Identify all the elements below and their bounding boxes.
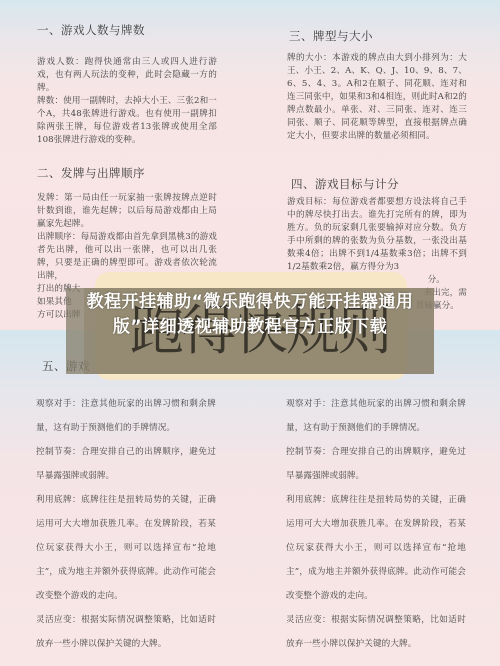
banner-title[interactable]: 教程开挂辅助“微乐跑得快万能开挂器通用版”详细透视辅助教程官方正版下载 (66, 290, 434, 340)
section-card-rank-body: 牌的大小：本游戏的牌点由大到小排列为：大王、小王、2、A、K、Q、J、10、9、… (287, 52, 467, 143)
section-heading: 二、发牌与出牌顺序 (37, 165, 217, 181)
paragraph: 利用底牌：底牌往往是扭转局势的关键，正确运用可大大增加获胜几率。在发牌阶段，若某… (286, 488, 466, 608)
section-card-rank: 三、牌型与大小 (289, 28, 469, 44)
section-dealing-order: 二、发牌与出牌顺序 (37, 165, 217, 181)
section-goal-scoring: 四、游戏目标与计分 (291, 176, 471, 192)
paragraph: 利用底牌：底牌往往是扭转局势的关键，正确运用可大大增加获胜几率。在发牌阶段，若某… (36, 488, 216, 608)
section-player-count: 一、游戏人数与牌数 (37, 22, 217, 38)
section-strategy-body-right: 观察对手：注意其他玩家的出牌习惯和剩余牌量，这有助于预测他们的手牌情况。 控制节… (286, 392, 466, 656)
paragraph: 游戏人数：跑得快通常由三人或四人进行游戏，也有两人玩法的变种，此时会隐藏一方的牌… (37, 56, 217, 95)
section-heading: 三、牌型与大小 (289, 28, 469, 44)
paragraph: 控制节奏：合理安排自己的出牌顺序，避免过早暴露强牌或弱牌。 (286, 440, 466, 488)
section-heading: 一、游戏人数与牌数 (37, 22, 217, 38)
paragraph: 牌的大小：本游戏的牌点由大到小排列为：大王、小王、2、A、K、Q、J、10、9、… (287, 52, 467, 143)
section-heading: 四、游戏目标与计分 (291, 176, 471, 192)
paragraph: 牌数：使用一副牌时，去掉大小王、三张2和一个A，共48张牌进行游戏。也有使用一副… (37, 95, 217, 147)
paragraph: 控制节奏：合理安排自己的出牌顺序，避免过早暴露强牌或弱牌。 (36, 440, 216, 488)
paragraph: 灵活应变：根据实际情况调整策略，比如适时放弃一些小牌以保护关键的大牌。 (286, 608, 466, 656)
paragraph: 发牌：第一局由任一玩家抽一张牌按牌点逆时针数到谁，谁先起牌；以后每局游戏都由上局… (37, 192, 217, 231)
paragraph: 游戏目标：每位游戏者都要想方设法将自己手中的牌尽快打出去。谁先打完所有的牌，即为… (287, 196, 467, 274)
paragraph: 观察对手：注意其他玩家的出牌习惯和剩余牌量，这有助于预测他们的手牌情况。 (36, 392, 216, 440)
paragraph: 灵活应变：根据实际情况调整策略，比如适时放弃一些小牌以保护关键的大牌。 (36, 608, 216, 656)
paragraph: 观察对手：注意其他玩家的出牌习惯和剩余牌量，这有助于预测他们的手牌情况。 (286, 392, 466, 440)
section-player-count-body: 游戏人数：跑得快通常由三人或四人进行游戏，也有两人玩法的变种，此时会隐藏一方的牌… (37, 56, 217, 147)
section-strategy-body-left: 观察对手：注意其他玩家的出牌习惯和剩余牌量，这有助于预测他们的手牌情况。 控制节… (36, 392, 216, 656)
